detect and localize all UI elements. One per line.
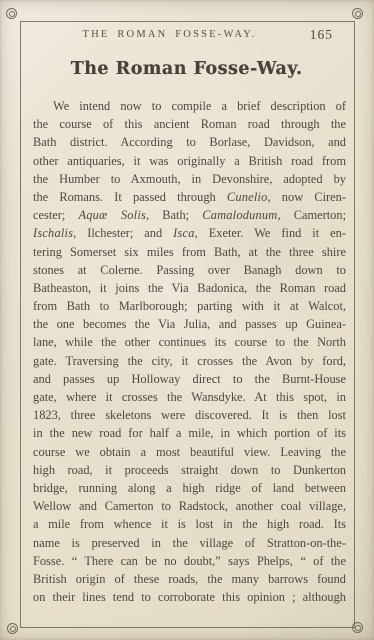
corner-ornament-bottom-right (352, 622, 363, 633)
text-line: 1823, three skeletons were discovered. I… (33, 406, 346, 424)
text-line: cester; Aquæ Solis, Bath; Camalodunum, C… (33, 206, 346, 224)
text-line: in the new road for half a mile, in whic… (33, 424, 346, 442)
text-line: Wellow and Camerton to Radstock, another… (33, 497, 346, 515)
text-line: the Romans. It passed through Cunelio, n… (33, 188, 346, 206)
text-line: name is preserved in the village of Stra… (33, 534, 346, 552)
text-line: We intend now to compile a brief descrip… (33, 97, 346, 115)
text-line: Fosse. “ There can be no doubt,” says Ph… (33, 552, 346, 570)
corner-ornament-top-right (352, 8, 363, 19)
text-line: lane, while the other continues its cour… (33, 333, 346, 351)
text-line: tering Somerset six miles from Bath, at … (33, 243, 346, 261)
text-line: and passes up Holloway direct to the Bur… (33, 370, 346, 388)
text-line: Batheaston, it joins the Via Badonica, t… (33, 279, 346, 297)
corner-ornament-top-left (6, 8, 17, 19)
text-line: from Bath to Marlborough; parting with i… (33, 297, 346, 315)
text-line: high road, it proceeds straight down to … (33, 461, 346, 479)
text-line: on their lines tend to corroborate this … (33, 588, 346, 606)
body-text: We intend now to compile a brief descrip… (33, 97, 346, 606)
text-line: Ischalis, Ilchester; and Isca, Exeter. W… (33, 224, 346, 242)
text-line: gate, where it crosses the Wansdyke. At … (33, 388, 346, 406)
text-line: stones at Colerne. Passing over Banagh d… (33, 261, 346, 279)
text-line: the one becomes the Via Julia, and passe… (33, 315, 346, 333)
text-line: a mile from whence it is lost in the hig… (33, 515, 346, 533)
book-page: THE ROMAN FOSSE-WAY. 165 The Roman Fosse… (0, 0, 374, 640)
text-line: gate. Traversing the city, it crosses th… (33, 352, 346, 370)
text-line: the course of this ancient Roman road th… (33, 115, 346, 133)
text-line: the Humber to Axmouth, in Devonshire, ad… (33, 170, 346, 188)
text-line: British origin of these roads, the many … (33, 570, 346, 588)
corner-ornament-bottom-left (7, 623, 18, 634)
page-number: 165 (310, 27, 333, 43)
text-line: other antiquaries, it was originally a B… (33, 152, 346, 170)
text-line: Bath district. According to Borlase, Dav… (33, 133, 346, 151)
chapter-title: The Roman Fosse-Way. (20, 59, 353, 79)
text-line: course we obtain a most beautiful view. … (33, 443, 346, 461)
page-header: THE ROMAN FOSSE-WAY. 165 (20, 29, 353, 45)
running-head: THE ROMAN FOSSE-WAY. (20, 29, 353, 40)
text-line: bridge, running along a high ridge of la… (33, 479, 346, 497)
